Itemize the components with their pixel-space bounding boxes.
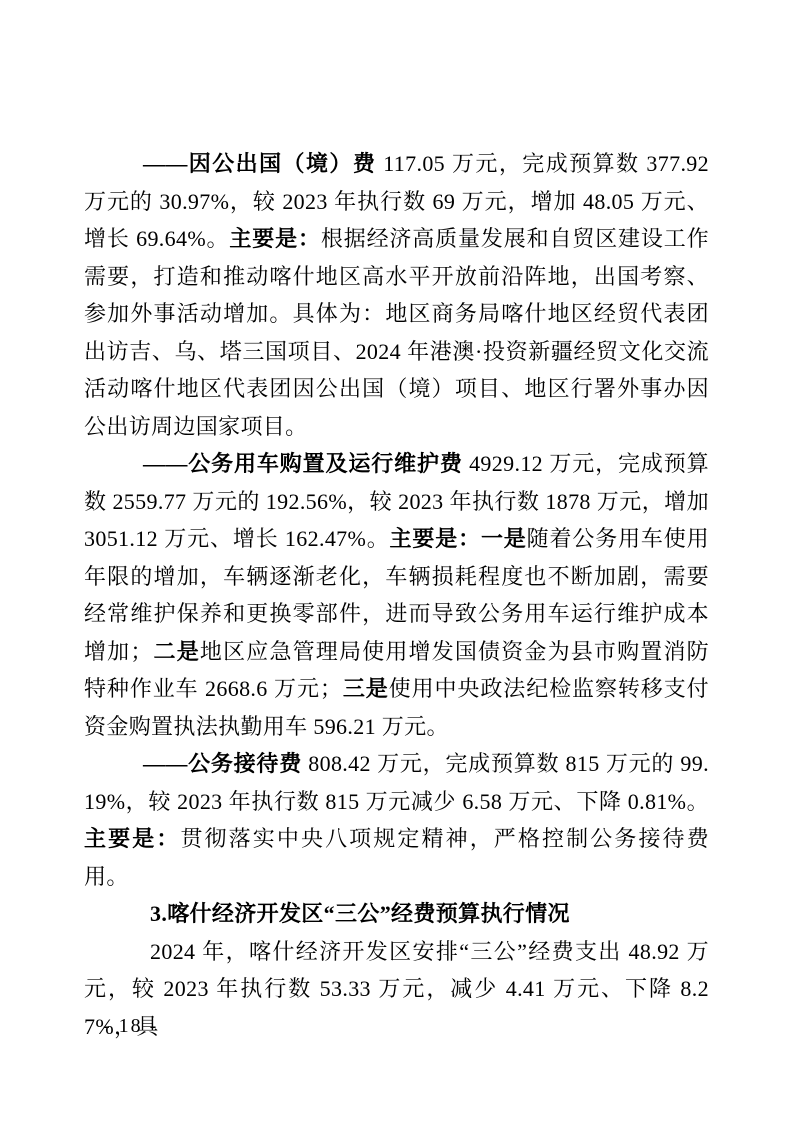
text-segment-bold: 主要是：一是 [390,526,527,551]
text-segment-bold: 二是 [153,639,200,664]
paragraph: ——公务接待费 808.42 万元，完成预算数 815 万元的 99.19%，较… [84,745,709,895]
text-segment-bold: 主要是： [84,826,180,851]
document-page: ——因公出国（境）费 117.05 万元，完成预算数 377.92 万元的 30… [0,0,793,1122]
text-segment-bold: 主要是： [229,226,320,251]
text-segment-bold: ——因公出国（境）费 [143,151,376,176]
page-number: - 18 - [103,1015,158,1037]
text-segment: 2024 年，喀什经济开发区安排“三公”经费支出 48.92 万元，较 2023… [84,939,709,1039]
text-segment: 根据经济高质量发展和自贸区建设工作需要，打造和推动喀什地区高水平开放前沿阵地，出… [84,226,709,439]
page-footer: - 18 - [103,1012,158,1040]
text-segment-bold: 三是 [342,676,388,701]
document-body: ——因公出国（境）费 117.05 万元，完成预算数 377.92 万元的 30… [84,145,709,1045]
text-segment-bold: ——公务用车购置及运行维护费 [143,451,463,476]
text-segment-bold: 3.喀什经济开发区“三公”经费预算执行情况 [150,901,570,926]
paragraph: ——公务用车购置及运行维护费 4929.12 万元，完成预算数 2559.77 … [84,445,709,745]
paragraph: 2024 年，喀什经济开发区安排“三公”经费支出 48.92 万元，较 2023… [84,933,709,1046]
text-segment-bold: ——公务接待费 [143,751,302,776]
section-heading: 3.喀什经济开发区“三公”经费预算执行情况 [84,895,709,933]
paragraph: ——因公出国（境）费 117.05 万元，完成预算数 377.92 万元的 30… [84,145,709,445]
